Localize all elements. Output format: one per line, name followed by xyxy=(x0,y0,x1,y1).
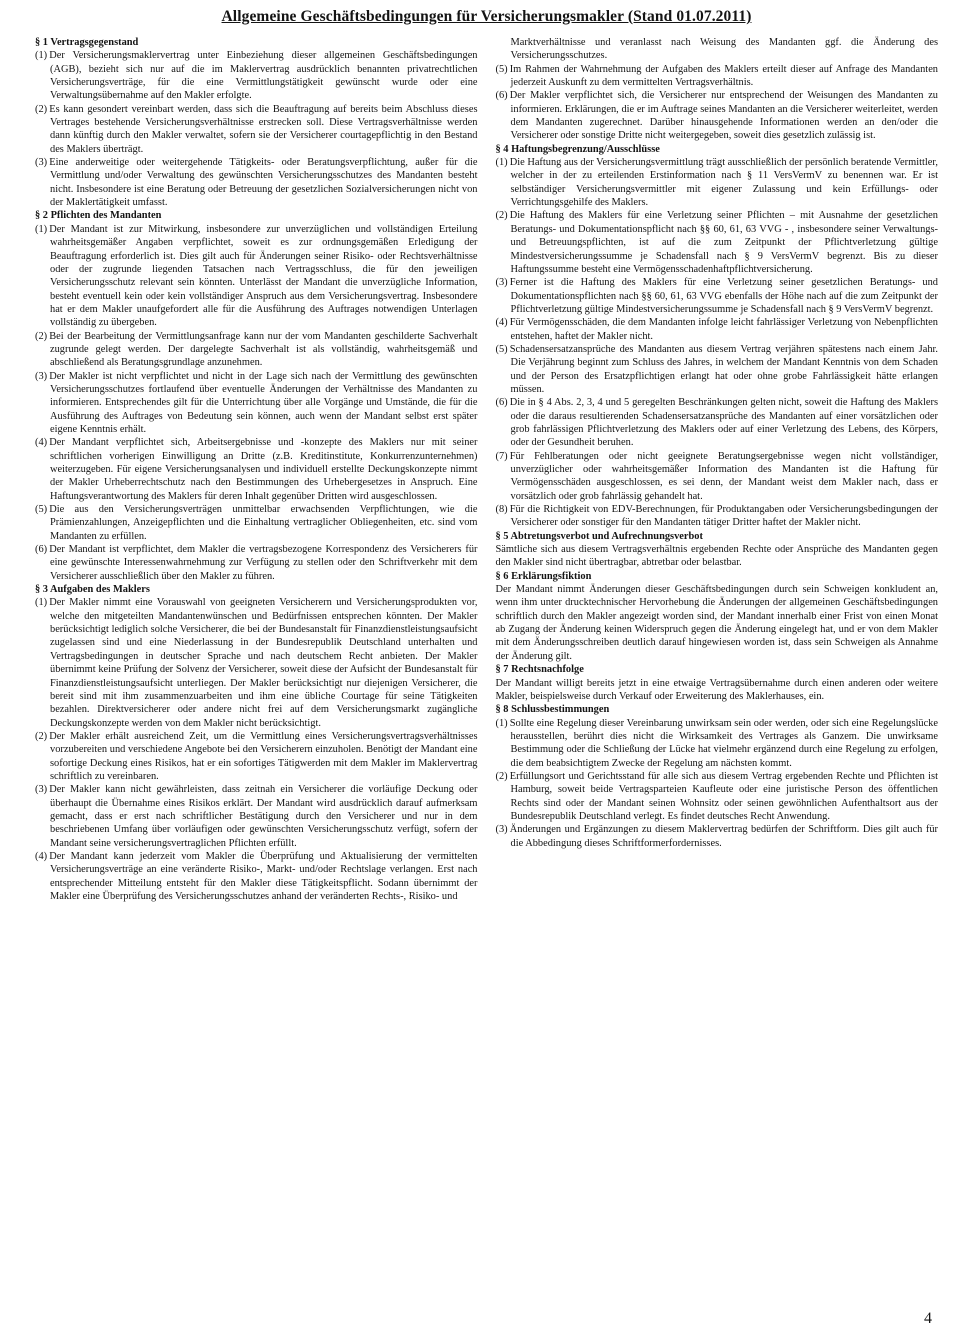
section-heading: § 4 Haftungsbegrenzung/Ausschlüsse xyxy=(496,143,939,156)
document-title: Allgemeine Geschäftsbedingungen für Vers… xyxy=(35,8,938,26)
section-heading: § 5 Abtretungsverbot und Aufrechnungsver… xyxy=(496,530,939,543)
item-text: Der Versicherungsmaklervertrag unter Ein… xyxy=(49,50,477,101)
section-heading: § 8 Schlussbestimmungen xyxy=(496,703,939,716)
item-number: (3) xyxy=(35,784,47,795)
numbered-item: (2) Der Makler erhält ausreichend Zeit, … xyxy=(35,730,478,783)
item-text: Ferner ist die Haftung des Maklers für e… xyxy=(510,277,938,315)
paragraph: Der Mandant willigt bereits jetzt in ein… xyxy=(496,677,939,704)
numbered-item: (1) Die Haftung aus der Versicherungsver… xyxy=(496,156,939,209)
item-number: (2) xyxy=(35,104,47,115)
section-heading: § 1 Vertragsgegenstand xyxy=(35,36,478,49)
numbered-item: (4) Der Mandant kann jederzeit vom Makle… xyxy=(35,850,478,903)
item-text: Für Vermögensschäden, die dem Mandanten … xyxy=(510,317,938,341)
item-text: Die Haftung des Maklers für eine Verletz… xyxy=(510,210,938,274)
paragraph: Sämtliche sich aus diesem Vertragsverhäl… xyxy=(496,543,939,570)
continuation-paragraph: Marktverhältnisse und veranlasst nach We… xyxy=(496,36,939,63)
item-text: Die aus den Versicherungsverträgen unmit… xyxy=(49,504,477,542)
item-text: Für Fehlberatungen oder nicht geeignete … xyxy=(510,451,938,502)
item-text: Der Makler ist nicht verpflichtet und ni… xyxy=(49,371,477,435)
item-text: Der Mandant ist zur Mitwirkung, insbeson… xyxy=(49,224,477,328)
numbered-item: (4) Für Vermögensschäden, die dem Mandan… xyxy=(496,316,939,343)
item-number: (1) xyxy=(35,224,47,235)
item-text: Der Makler erhält ausreichend Zeit, um d… xyxy=(49,731,477,782)
item-number: (2) xyxy=(496,771,508,782)
numbered-item: (5) Die aus den Versicherungsverträgen u… xyxy=(35,503,478,543)
numbered-item: (2) Es kann gesondert vereinbart werden,… xyxy=(35,103,478,156)
numbered-item: (2) Die Haftung des Maklers für eine Ver… xyxy=(496,209,939,276)
numbered-item: (6) Der Mandant ist verpflichtet, dem Ma… xyxy=(35,543,478,583)
item-text: Für die Richtigkeit von EDV-Berechnungen… xyxy=(510,504,938,528)
section-heading: § 7 Rechtsnachfolge xyxy=(496,663,939,676)
item-text: Bei der Bearbeitung der Vermittlungsanfr… xyxy=(49,331,477,369)
item-number: (6) xyxy=(496,397,508,408)
numbered-item: (1) Der Versicherungsmaklervertrag unter… xyxy=(35,49,478,102)
numbered-item: (1) Der Makler nimmt eine Vorauswahl von… xyxy=(35,596,478,729)
paragraph: Der Mandant nimmt Änderungen dieser Gesc… xyxy=(496,583,939,663)
item-number: (2) xyxy=(35,331,47,342)
item-text: Der Makler kann nicht gewährleisten, das… xyxy=(49,784,477,848)
left-column: § 1 Vertragsgegenstand(1) Der Versicheru… xyxy=(35,36,478,903)
item-number: (1) xyxy=(496,157,508,168)
item-text: Der Mandant verpflichtet sich, Arbeitser… xyxy=(49,437,477,501)
item-text: Erfüllungsort und Gerichtsstand für alle… xyxy=(510,771,938,822)
item-number: (4) xyxy=(35,437,47,448)
item-text: Der Mandant ist verpflichtet, dem Makler… xyxy=(49,544,477,582)
numbered-item: (2) Bei der Bearbeitung der Vermittlungs… xyxy=(35,330,478,370)
section-heading: § 6 Erklärungsfiktion xyxy=(496,570,939,583)
item-text: Der Makler verpflichtet sich, die Versic… xyxy=(510,90,938,141)
numbered-item: (3) Der Makler kann nicht gewährleisten,… xyxy=(35,783,478,850)
item-number: (1) xyxy=(35,597,47,608)
item-number: (4) xyxy=(496,317,508,328)
item-text: Der Mandant kann jederzeit vom Makler di… xyxy=(49,851,477,902)
numbered-item: (8) Für die Richtigkeit von EDV-Berechnu… xyxy=(496,503,939,530)
item-number: (6) xyxy=(496,90,508,101)
item-text: Es kann gesondert vereinbart werden, das… xyxy=(49,104,477,155)
item-text: Eine anderweitige oder weitergehende Tät… xyxy=(49,157,477,208)
item-number: (5) xyxy=(35,504,47,515)
item-number: (5) xyxy=(496,64,508,75)
item-number: (3) xyxy=(35,157,47,168)
item-number: (5) xyxy=(496,344,508,355)
page-number: 4 xyxy=(924,1310,932,1328)
item-text: Der Makler nimmt eine Vorauswahl von gee… xyxy=(49,597,477,728)
item-number: (2) xyxy=(35,731,47,742)
document-page: Allgemeine Geschäftsbedingungen für Vers… xyxy=(0,0,960,1334)
numbered-item: (3) Eine anderweitige oder weitergehende… xyxy=(35,156,478,209)
item-text: Sollte eine Regelung dieser Vereinbarung… xyxy=(510,718,938,769)
item-text: Im Rahmen der Wahrnehmung der Aufgaben d… xyxy=(510,64,938,88)
numbered-item: (6) Der Makler verpflichtet sich, die Ve… xyxy=(496,89,939,142)
item-text: Änderungen und Ergänzungen zu diesem Mak… xyxy=(510,824,938,848)
numbered-item: (7) Für Fehlberatungen oder nicht geeign… xyxy=(496,450,939,503)
item-number: (3) xyxy=(496,824,508,835)
two-column-layout: § 1 Vertragsgegenstand(1) Der Versicheru… xyxy=(35,36,938,903)
item-number: (1) xyxy=(496,718,508,729)
item-text: Schadensersatzansprüche des Mandanten au… xyxy=(510,344,938,395)
section-heading: § 3 Aufgaben des Maklers xyxy=(35,583,478,596)
numbered-item: (2) Erfüllungsort und Gerichtsstand für … xyxy=(496,770,939,823)
numbered-item: (3) Der Makler ist nicht verpflichtet un… xyxy=(35,370,478,437)
numbered-item: (1) Sollte eine Regelung dieser Vereinba… xyxy=(496,717,939,770)
item-number: (7) xyxy=(496,451,508,462)
item-text: Die in § 4 Abs. 2, 3, 4 und 5 geregelten… xyxy=(510,397,938,448)
numbered-item: (5) Im Rahmen der Wahrnehmung der Aufgab… xyxy=(496,63,939,90)
numbered-item: (3) Ferner ist die Haftung des Maklers f… xyxy=(496,276,939,316)
section-heading: § 2 Pflichten des Mandanten xyxy=(35,209,478,222)
item-number: (3) xyxy=(496,277,508,288)
right-column: Marktverhältnisse und veranlasst nach We… xyxy=(496,36,939,850)
item-number: (6) xyxy=(35,544,47,555)
item-number: (8) xyxy=(496,504,508,515)
item-number: (4) xyxy=(35,851,47,862)
numbered-item: (6) Die in § 4 Abs. 2, 3, 4 und 5 gerege… xyxy=(496,396,939,449)
item-number: (3) xyxy=(35,371,47,382)
item-number: (1) xyxy=(35,50,47,61)
numbered-item: (3) Änderungen und Ergänzungen zu diesem… xyxy=(496,823,939,850)
numbered-item: (4) Der Mandant verpflichtet sich, Arbei… xyxy=(35,436,478,503)
numbered-item: (1) Der Mandant ist zur Mitwirkung, insb… xyxy=(35,223,478,330)
item-text: Die Haftung aus der Versicherungsvermitt… xyxy=(510,157,938,208)
item-number: (2) xyxy=(496,210,508,221)
numbered-item: (5) Schadensersatzansprüche des Mandante… xyxy=(496,343,939,396)
